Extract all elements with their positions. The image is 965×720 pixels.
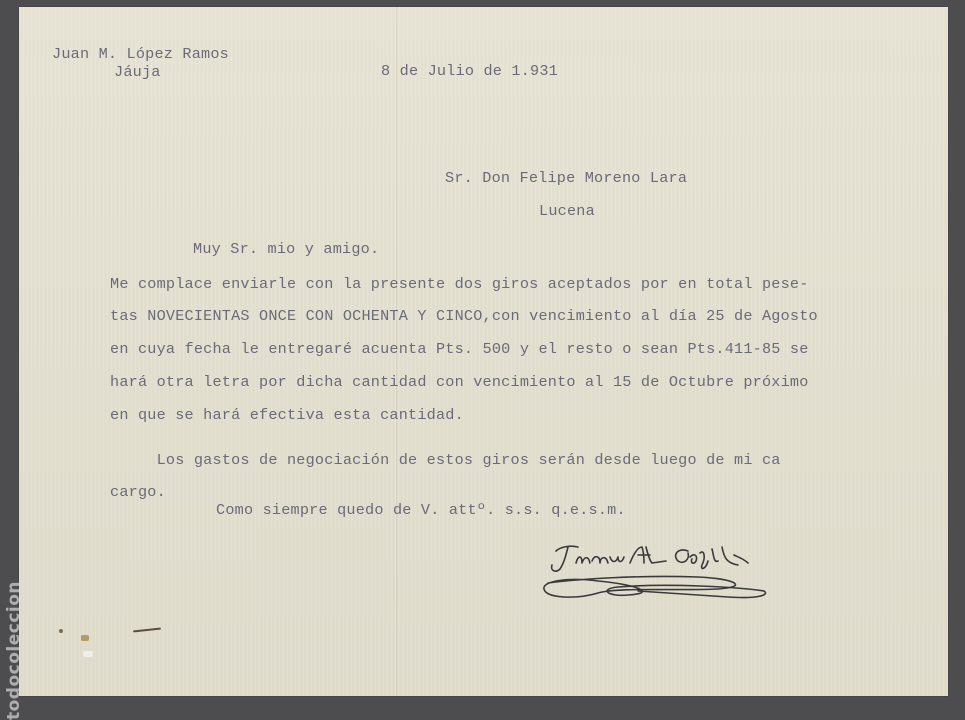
paper-stain [59, 629, 63, 633]
body-line: hará otra letra por dicha cantidad con v… [110, 375, 809, 390]
closing-line: Como siempre quedo de V. attº. s.s. q.e.… [216, 503, 626, 518]
watermark-text: todocoleccion [4, 540, 26, 720]
sender-city: Jáuja [114, 65, 161, 80]
sender-name: Juan M. López Ramos [52, 47, 229, 62]
letter-date: 8 de Julio de 1.931 [381, 64, 558, 79]
body-line: Me complace enviarle con la presente dos… [110, 277, 809, 292]
paper-stain [133, 628, 161, 633]
recipient-name: Sr. Don Felipe Moreno Lara [445, 171, 687, 186]
recipient-city: Lucena [539, 204, 595, 219]
paper-stain [81, 635, 89, 641]
salutation: Muy Sr. mio y amigo. [193, 242, 379, 257]
body-line: Los gastos de negociación de estos giros… [110, 453, 781, 468]
body-line: tas NOVECIENTAS ONCE CON OCHENTA Y CINCO… [110, 309, 818, 324]
paper-stain [83, 651, 93, 657]
body-line: en cuya fecha le entregaré acuenta Pts. … [110, 342, 809, 357]
body-line: cargo. [110, 485, 166, 500]
handwritten-signature [538, 533, 768, 613]
letter-paper: Juan M. López Ramos Jáuja 8 de Julio de … [19, 7, 948, 696]
body-line: en que se hará efectiva esta cantidad. [110, 408, 464, 423]
